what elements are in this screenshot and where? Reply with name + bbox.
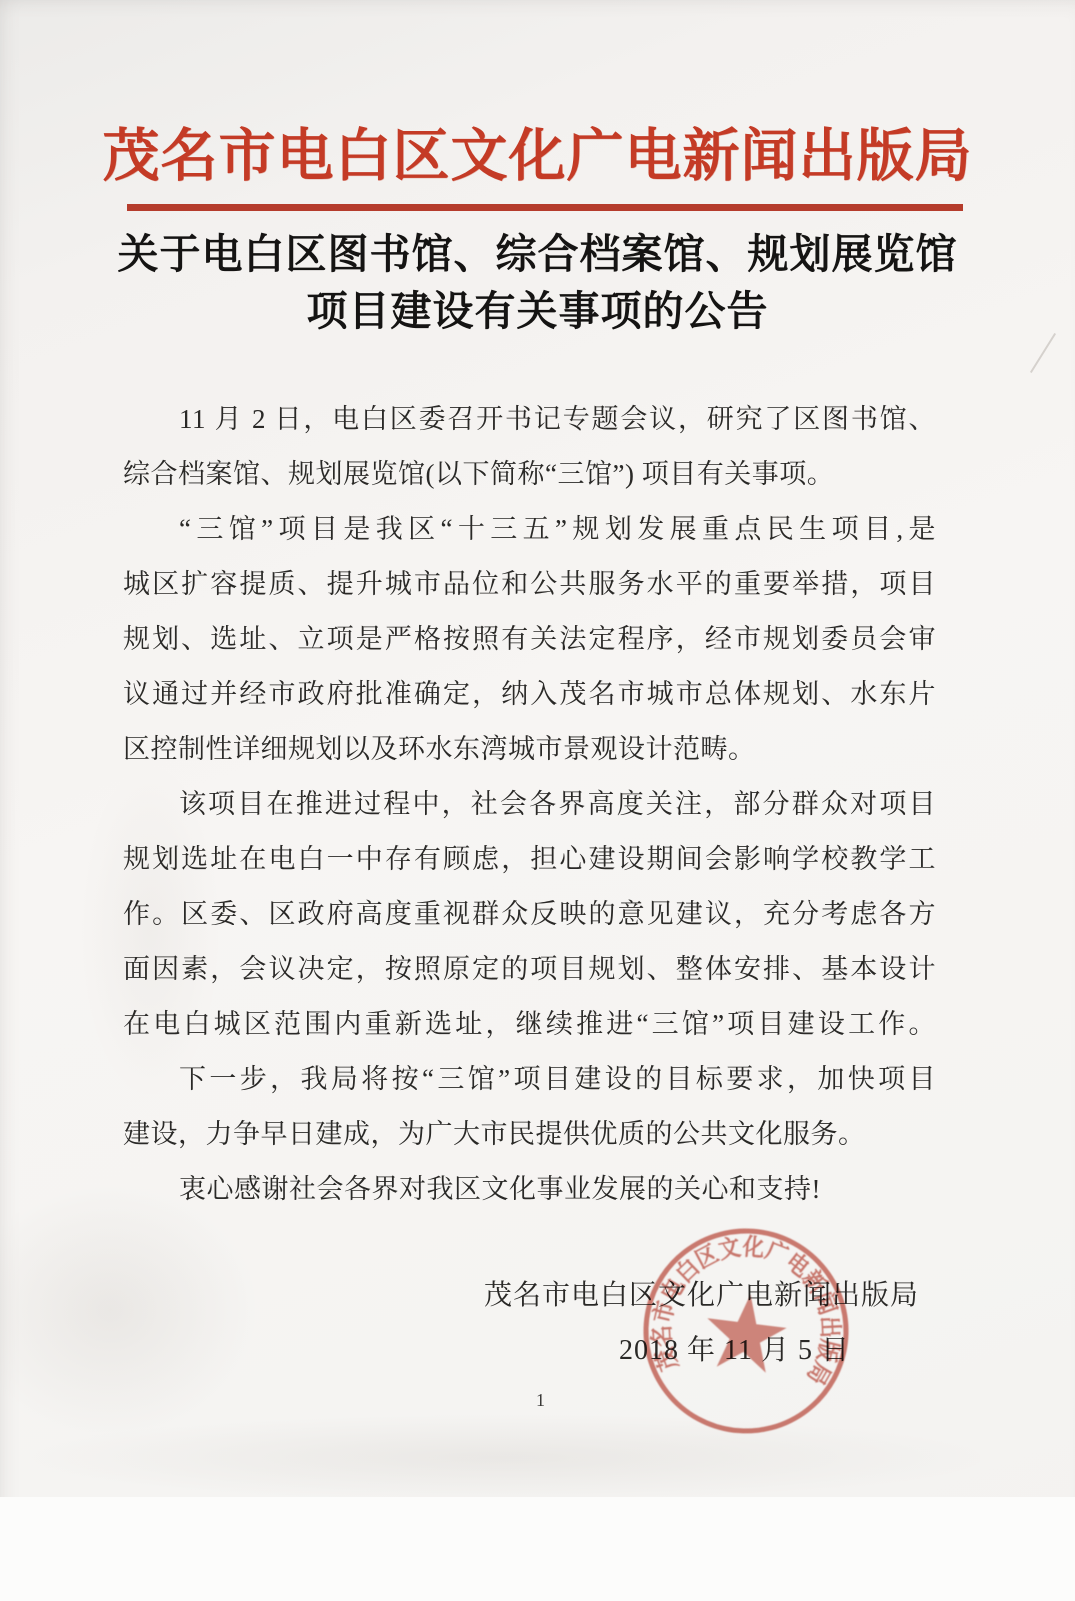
body-line: 衷心感谢社会各界对我区文化事业发展的关心和支持! xyxy=(123,1162,936,1217)
body-line: 城区扩容提质、提升城市品位和公共服务水平的重要举措，项目 xyxy=(123,557,936,612)
document-title: 关于电白区图书馆、综合档案馆、规划展览馆 项目建设有关事项的公告 xyxy=(0,226,1075,340)
body-line: 规划选址在电白一中存有顾虑，担心建设期间会影响学校教学工 xyxy=(123,832,936,887)
body-line: 议通过并经市政府批准确定，纳入茂名市城市总体规划、水东片 xyxy=(123,667,936,722)
seal-star-icon xyxy=(702,1289,790,1374)
body-line: 11 月 2 日，电白区委召开书记专题会议，研究了区图书馆、 xyxy=(123,392,936,447)
body-line: 面因素，会议决定，按照原定的项目规划、整体安排、基本设计 xyxy=(123,942,936,997)
title-line-2: 项目建设有关事项的公告 xyxy=(0,283,1075,340)
body-line: 规划、选址、立项是严格按照有关法定程序，经市规划委员会审 xyxy=(123,612,936,667)
body-line: 建设，力争早日建成，为广大市民提供优质的公共文化服务。 xyxy=(123,1107,936,1162)
red-divider-rule xyxy=(127,204,963,211)
body-line: 在电白城区范围内重新选址，继续推进“三馆”项目建设工作。 xyxy=(123,997,936,1052)
document-body: 11 月 2 日，电白区委召开书记专题会议，研究了区图书馆、 综合档案馆、规划展… xyxy=(123,392,936,1217)
body-line: 区控制性详细规划以及环水东湾城市景观设计范畴。 xyxy=(123,722,936,777)
scan-background-strip xyxy=(0,1497,1075,1601)
scanned-announcement-page: 茂名市电白区文化广电新闻出版局 关于电白区图书馆、综合档案馆、规划展览馆 项目建… xyxy=(0,0,1075,1601)
body-line: 作。区委、区政府高度重视群众反映的意见建议，充分考虑各方 xyxy=(123,887,936,942)
title-line-1: 关于电白区图书馆、综合档案馆、规划展览馆 xyxy=(0,226,1075,283)
page-number: 1 xyxy=(536,1390,545,1411)
body-line: 下一步，我局将按“三馆”项目建设的目标要求，加快项目 xyxy=(123,1052,936,1107)
official-seal-stamp: 茂名市电白区文化广电新闻出版局 xyxy=(627,1212,865,1450)
body-line: 综合档案馆、规划展览馆(以下简称“三馆”) 项目有关事项。 xyxy=(123,447,936,502)
bureau-header: 茂名市电白区文化广电新闻出版局 xyxy=(0,124,1075,190)
body-line: 该项目在推进过程中，社会各界高度关注，部分群众对项目 xyxy=(123,777,936,832)
body-line: “三馆”项目是我区“十三五”规划发展重点民生项目,是 xyxy=(123,502,936,557)
